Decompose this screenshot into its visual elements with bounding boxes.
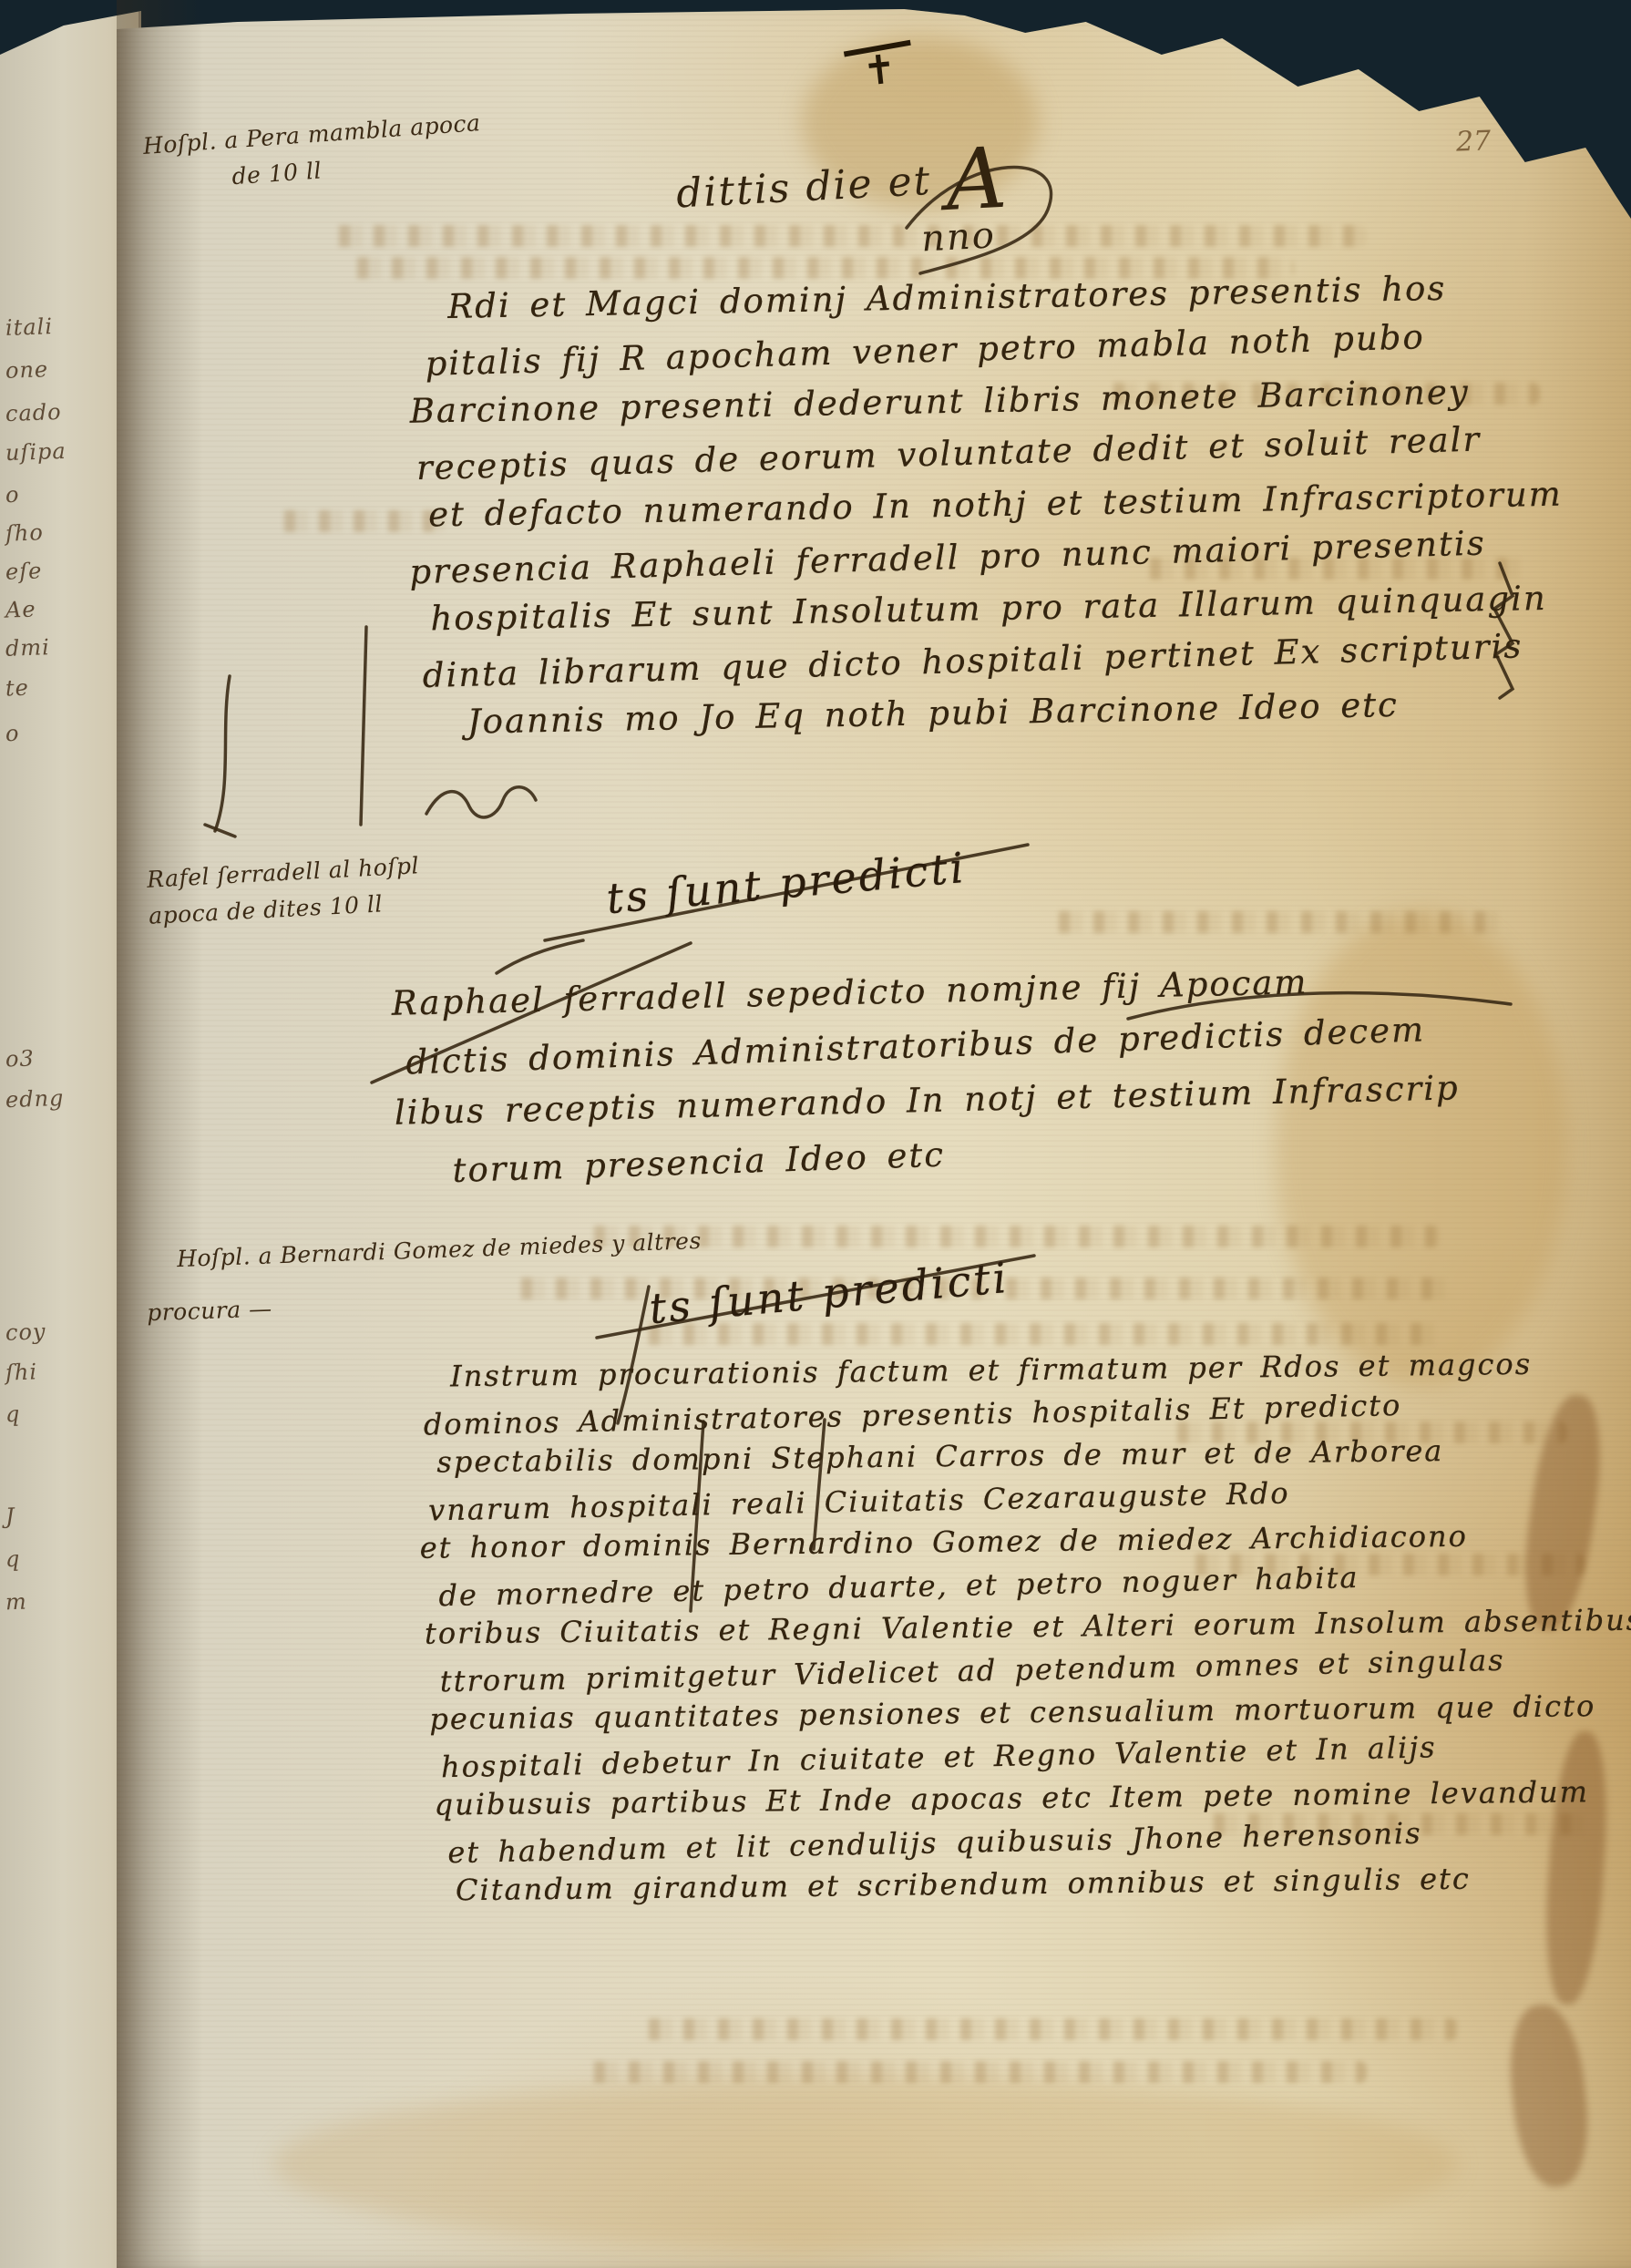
margin-note: Hoſpl. a Pera mambla apoca de 10 ll — [142, 105, 485, 201]
heading-post: nno — [920, 214, 997, 260]
margin-note: Hoſpl. a Bernardi Gomez de miedes y altr… — [176, 1223, 703, 1330]
ink-layer: 27 ✝ dittis die et A nno Hoſpl. a Pera m… — [0, 0, 1631, 2268]
manuscript-scan: { "document": { "folio_number": "27", "i… — [0, 0, 1631, 2268]
testes-subheading: ts ſunt predicti — [604, 843, 968, 923]
entry-paragraph: Instrum procurationis factum et firmatum… — [436, 1340, 1631, 1914]
margin-note: Rafel ſerradell al hoſpl apoca de dites … — [146, 847, 422, 935]
page-title: dittis die et A nno — [675, 153, 1010, 217]
entry-paragraph: Rdi et Magci dominj Administratores pres… — [424, 259, 1567, 750]
heading-pre: dittis die et — [675, 157, 947, 217]
invocation-cross-icon: ✝ — [844, 42, 916, 92]
margin-note-line: Hoſpl. a Bernardi Gomez de miedes y altr… — [176, 1223, 702, 1278]
folio-number: 27 — [1455, 125, 1491, 158]
entry-paragraph: Raphael ferradell sepedicto nomjne fij A… — [391, 950, 1462, 1197]
margin-note-line: procura — — [147, 1276, 704, 1331]
cross-glyph: ✝ — [860, 46, 898, 96]
